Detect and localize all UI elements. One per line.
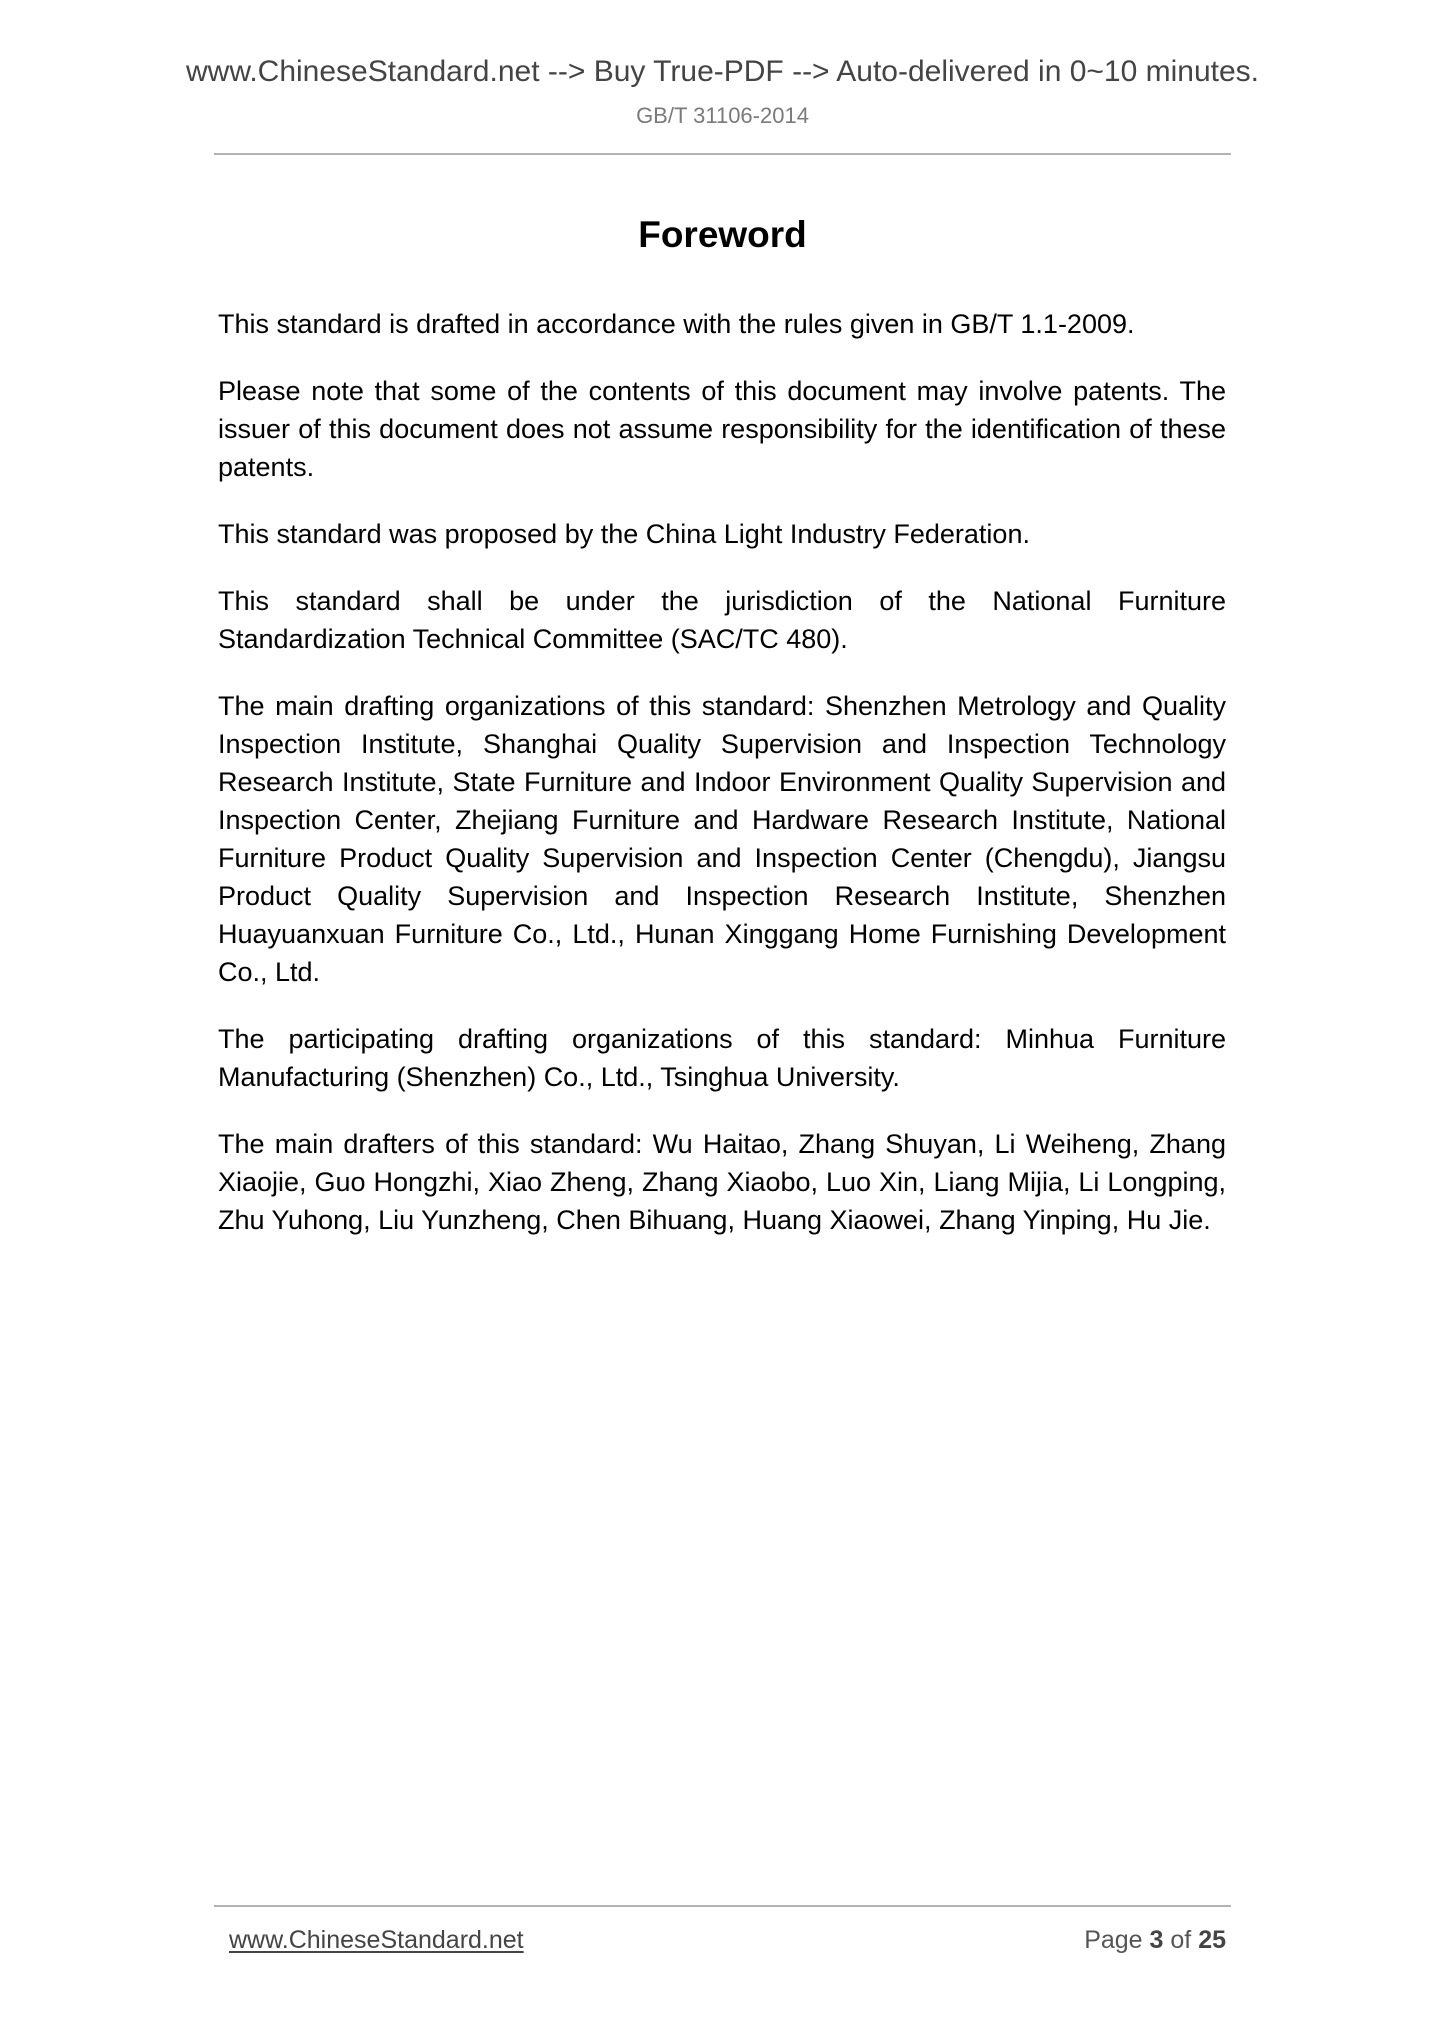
paragraph-participating-organizations: The participating drafting organizations… [218, 1020, 1226, 1096]
page-separator: of [1163, 1926, 1198, 1954]
page-indicator: Page 3 of 25 [1084, 1925, 1226, 1955]
paragraph-main-organizations: The main drafting organizations of this … [218, 687, 1226, 991]
footer-divider [214, 1905, 1231, 1907]
page-title: Foreword [0, 214, 1445, 256]
paragraph-proposer: This standard was proposed by the China … [218, 515, 1226, 553]
paragraph-main-drafters: The main drafters of this standard: Wu H… [218, 1125, 1226, 1239]
current-page-number: 3 [1150, 1926, 1164, 1954]
page-prefix: Page [1084, 1926, 1149, 1954]
paragraph-drafting-rules: This standard is drafted in accordance w… [218, 305, 1226, 343]
total-pages-number: 25 [1198, 1926, 1226, 1954]
footer-site-link[interactable]: www.ChineseStandard.net [229, 1925, 524, 1955]
paragraph-patent-notice: Please note that some of the contents of… [218, 372, 1226, 486]
header-banner: www.ChineseStandard.net --> Buy True-PDF… [0, 55, 1445, 89]
standard-code: GB/T 31106-2014 [0, 102, 1445, 130]
paragraph-jurisdiction: This standard shall be under the jurisdi… [218, 582, 1226, 658]
foreword-body: This standard is drafted in accordance w… [218, 305, 1226, 1268]
header-divider [214, 153, 1231, 155]
